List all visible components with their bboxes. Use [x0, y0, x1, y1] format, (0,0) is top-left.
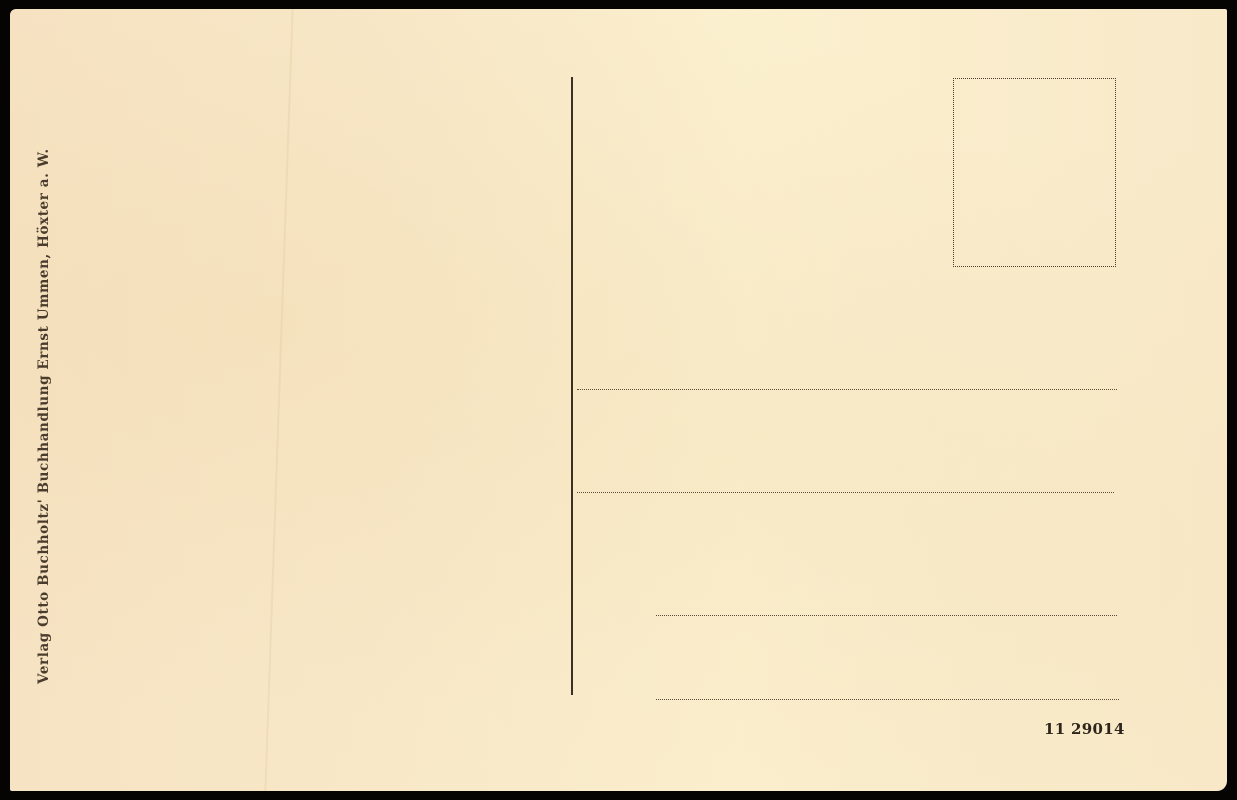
card-number: 11 29014 [1044, 720, 1125, 738]
address-line-4 [656, 699, 1119, 700]
postcard-back: Verlag Otto Buchholtz' Buchhandlung Erns… [10, 9, 1227, 791]
message-address-divider [571, 77, 573, 695]
address-line-1 [577, 389, 1117, 390]
address-line-2 [577, 492, 1114, 493]
address-line-3 [656, 615, 1117, 616]
publisher-imprint: Verlag Otto Buchholtz' Buchhandlung Erns… [36, 148, 52, 684]
stamp-box [953, 78, 1116, 267]
paper-crease [264, 9, 293, 791]
